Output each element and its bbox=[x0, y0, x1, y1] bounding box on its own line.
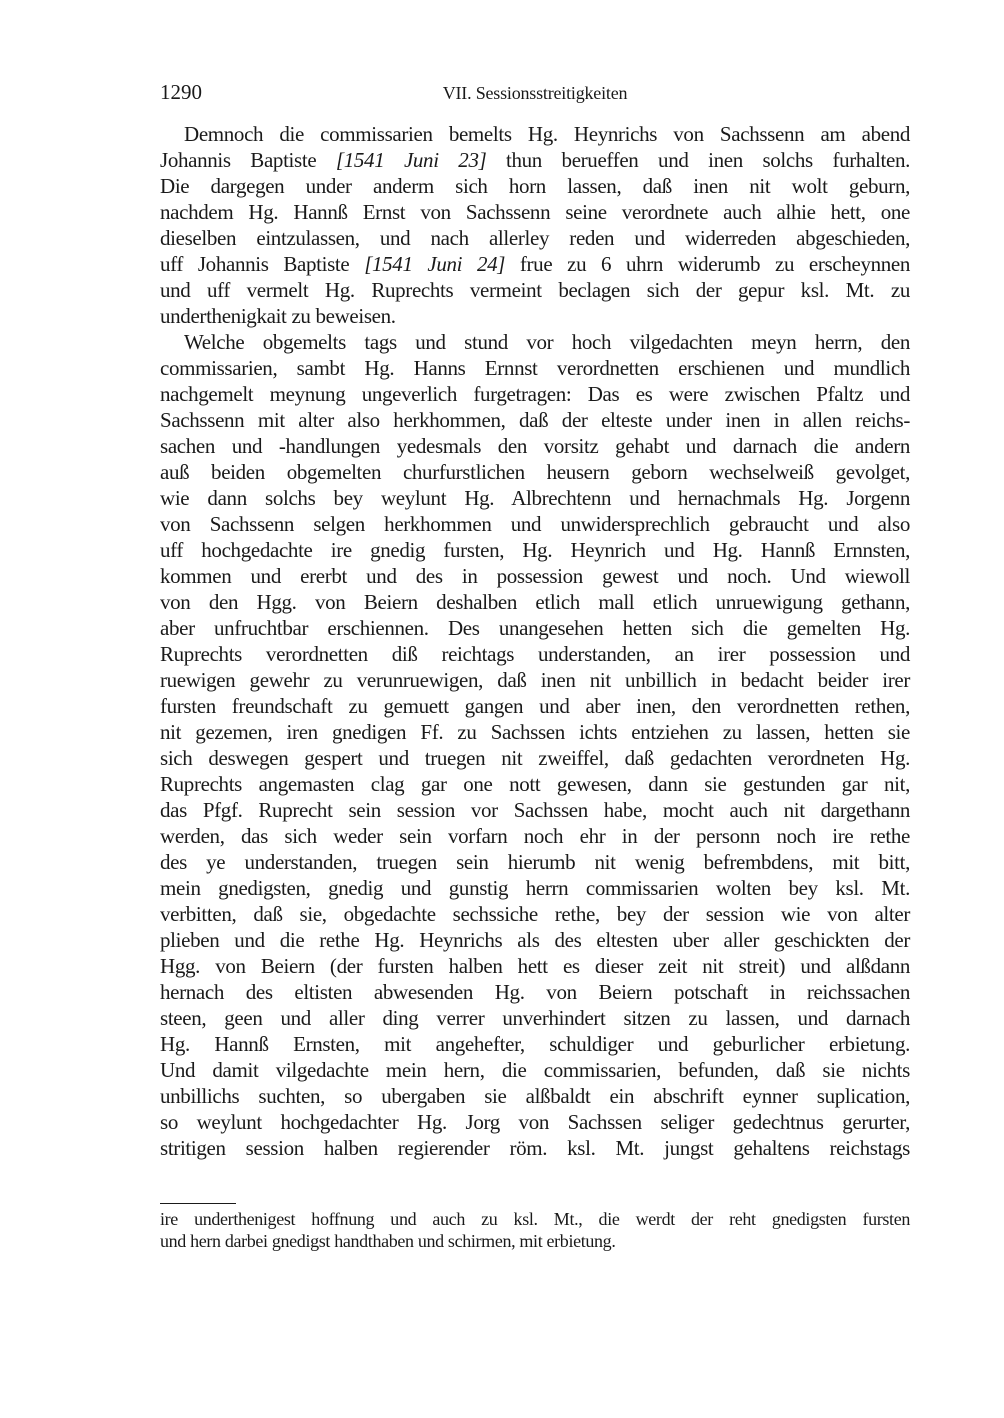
text-line: fursten freundschaft zu gemuett gangen u… bbox=[160, 693, 910, 719]
text-line: Ruprechts verordnetten diß reichtags und… bbox=[160, 641, 910, 667]
text-line: uff hochgedachte ire gnedig fursten, Hg.… bbox=[160, 537, 910, 563]
text-line: Sachssenn mit alter also herkhommen, daß… bbox=[160, 407, 910, 433]
text-line: Die dargegen under anderm sich horn lass… bbox=[160, 173, 910, 199]
text-line: uff Johannis Baptiste [1541 Juni 24] fru… bbox=[160, 251, 910, 277]
text-line: nit gezemen, iren gnedigen Ff. zu Sachss… bbox=[160, 719, 910, 745]
text-segment: uff Johannis Baptiste bbox=[160, 252, 364, 276]
text-line: Demnoch die commissarien bemelts Hg. Hey… bbox=[160, 121, 910, 147]
text-line: und uff vermelt Hg. Ruprechts vermeint b… bbox=[160, 277, 910, 303]
text-line: steen, geen und aller ding verrer unverh… bbox=[160, 1005, 910, 1031]
footnote-line: ire underthenigest hoffnung und auch zu … bbox=[160, 1208, 910, 1230]
text-line: aber unfruchtbar erschiennen. Des unange… bbox=[160, 615, 910, 641]
text-segment: Johannis Baptiste bbox=[160, 148, 336, 172]
text-line: unbillichs suchten, so ubergaben sie alß… bbox=[160, 1083, 910, 1109]
text-line: stritigen session halben regierender röm… bbox=[160, 1135, 910, 1161]
text-line: sich deswegen gespert und truegen nit zw… bbox=[160, 745, 910, 771]
text-line: so weylunt hochgedachter Hg. Jorg von Sa… bbox=[160, 1109, 910, 1135]
footnote: ire underthenigest hoffnung und auch zu … bbox=[160, 1208, 910, 1252]
text-line: sachen und -handlungen yedesmals den vor… bbox=[160, 433, 910, 459]
paragraph-1: Demnoch die commissarien bemelts Hg. Hey… bbox=[160, 121, 910, 329]
text-line: Hg. Hannß Ernsten, mit angehefter, schul… bbox=[160, 1031, 910, 1057]
text-line: des ye understanden, truegen sein hierum… bbox=[160, 849, 910, 875]
text-segment: frue zu 6 uhrn widerumb zu erscheynnen bbox=[505, 252, 910, 276]
text-line: auß beiden obgemelten churfurstlichen he… bbox=[160, 459, 910, 485]
text-line: ruewigen gewehr zu verunruewigen, daß in… bbox=[160, 667, 910, 693]
text-line: werden, das sich weder sein vorfarn noch… bbox=[160, 823, 910, 849]
footnote-line: und hern darbei gnedigst handthaben und … bbox=[160, 1230, 910, 1252]
text-line: Welche obgemelts tags und stund vor hoch… bbox=[160, 329, 910, 355]
text-line: von den Hgg. von Beiern deshalben etlich… bbox=[160, 589, 910, 615]
text-line: Und damit vilgedachte mein hern, die com… bbox=[160, 1057, 910, 1083]
text-line: nachgemelt meynung ungeverlich furgetrag… bbox=[160, 381, 910, 407]
text-line: dieselben eintzulassen, und nach allerle… bbox=[160, 225, 910, 251]
text-line: hernach des eltisten abwesenden Hg. von … bbox=[160, 979, 910, 1005]
text-line: nachdem Hg. Hannß Ernst von Sachssenn se… bbox=[160, 199, 910, 225]
text-line: Hgg. von Beiern (der fursten halben hett… bbox=[160, 953, 910, 979]
running-head: VII. Sessionsstreitigkeiten bbox=[160, 81, 910, 105]
date-annotation: [1541 Juni 24] bbox=[364, 252, 505, 276]
text-line: wie dann solchs bey weylunt Hg. Albrecht… bbox=[160, 485, 910, 511]
text-line: das Pfgf. Ruprecht sein session vor Sach… bbox=[160, 797, 910, 823]
main-text: Demnoch die commissarien bemelts Hg. Hey… bbox=[160, 121, 910, 1161]
text-line: von Sachssenn selgen herkhommen und unwi… bbox=[160, 511, 910, 537]
text-line: commissarien, sambt Hg. Hanns Ernnst ver… bbox=[160, 355, 910, 381]
text-line: verbitten, daß sie, obgedachte sechssich… bbox=[160, 901, 910, 927]
footnote-separator bbox=[160, 1203, 236, 1204]
text-line: underthenigkait zu beweisen. bbox=[160, 303, 910, 329]
text-segment: thun berueffen und inen solchs furhalten… bbox=[486, 148, 910, 172]
date-annotation: [1541 Juni 23] bbox=[336, 148, 487, 172]
paragraph-2: Welche obgemelts tags und stund vor hoch… bbox=[160, 329, 910, 1161]
text-line: plieben und die rethe Hg. Heynrichs als … bbox=[160, 927, 910, 953]
text-line: Johannis Baptiste [1541 Juni 23] thun be… bbox=[160, 147, 910, 173]
text-line: kommen und ererbt und des in possession … bbox=[160, 563, 910, 589]
text-line: mein gnedigsten, gnedig und gunstig herr… bbox=[160, 875, 910, 901]
text-line: Ruprechts angemasten clag gar one nott g… bbox=[160, 771, 910, 797]
